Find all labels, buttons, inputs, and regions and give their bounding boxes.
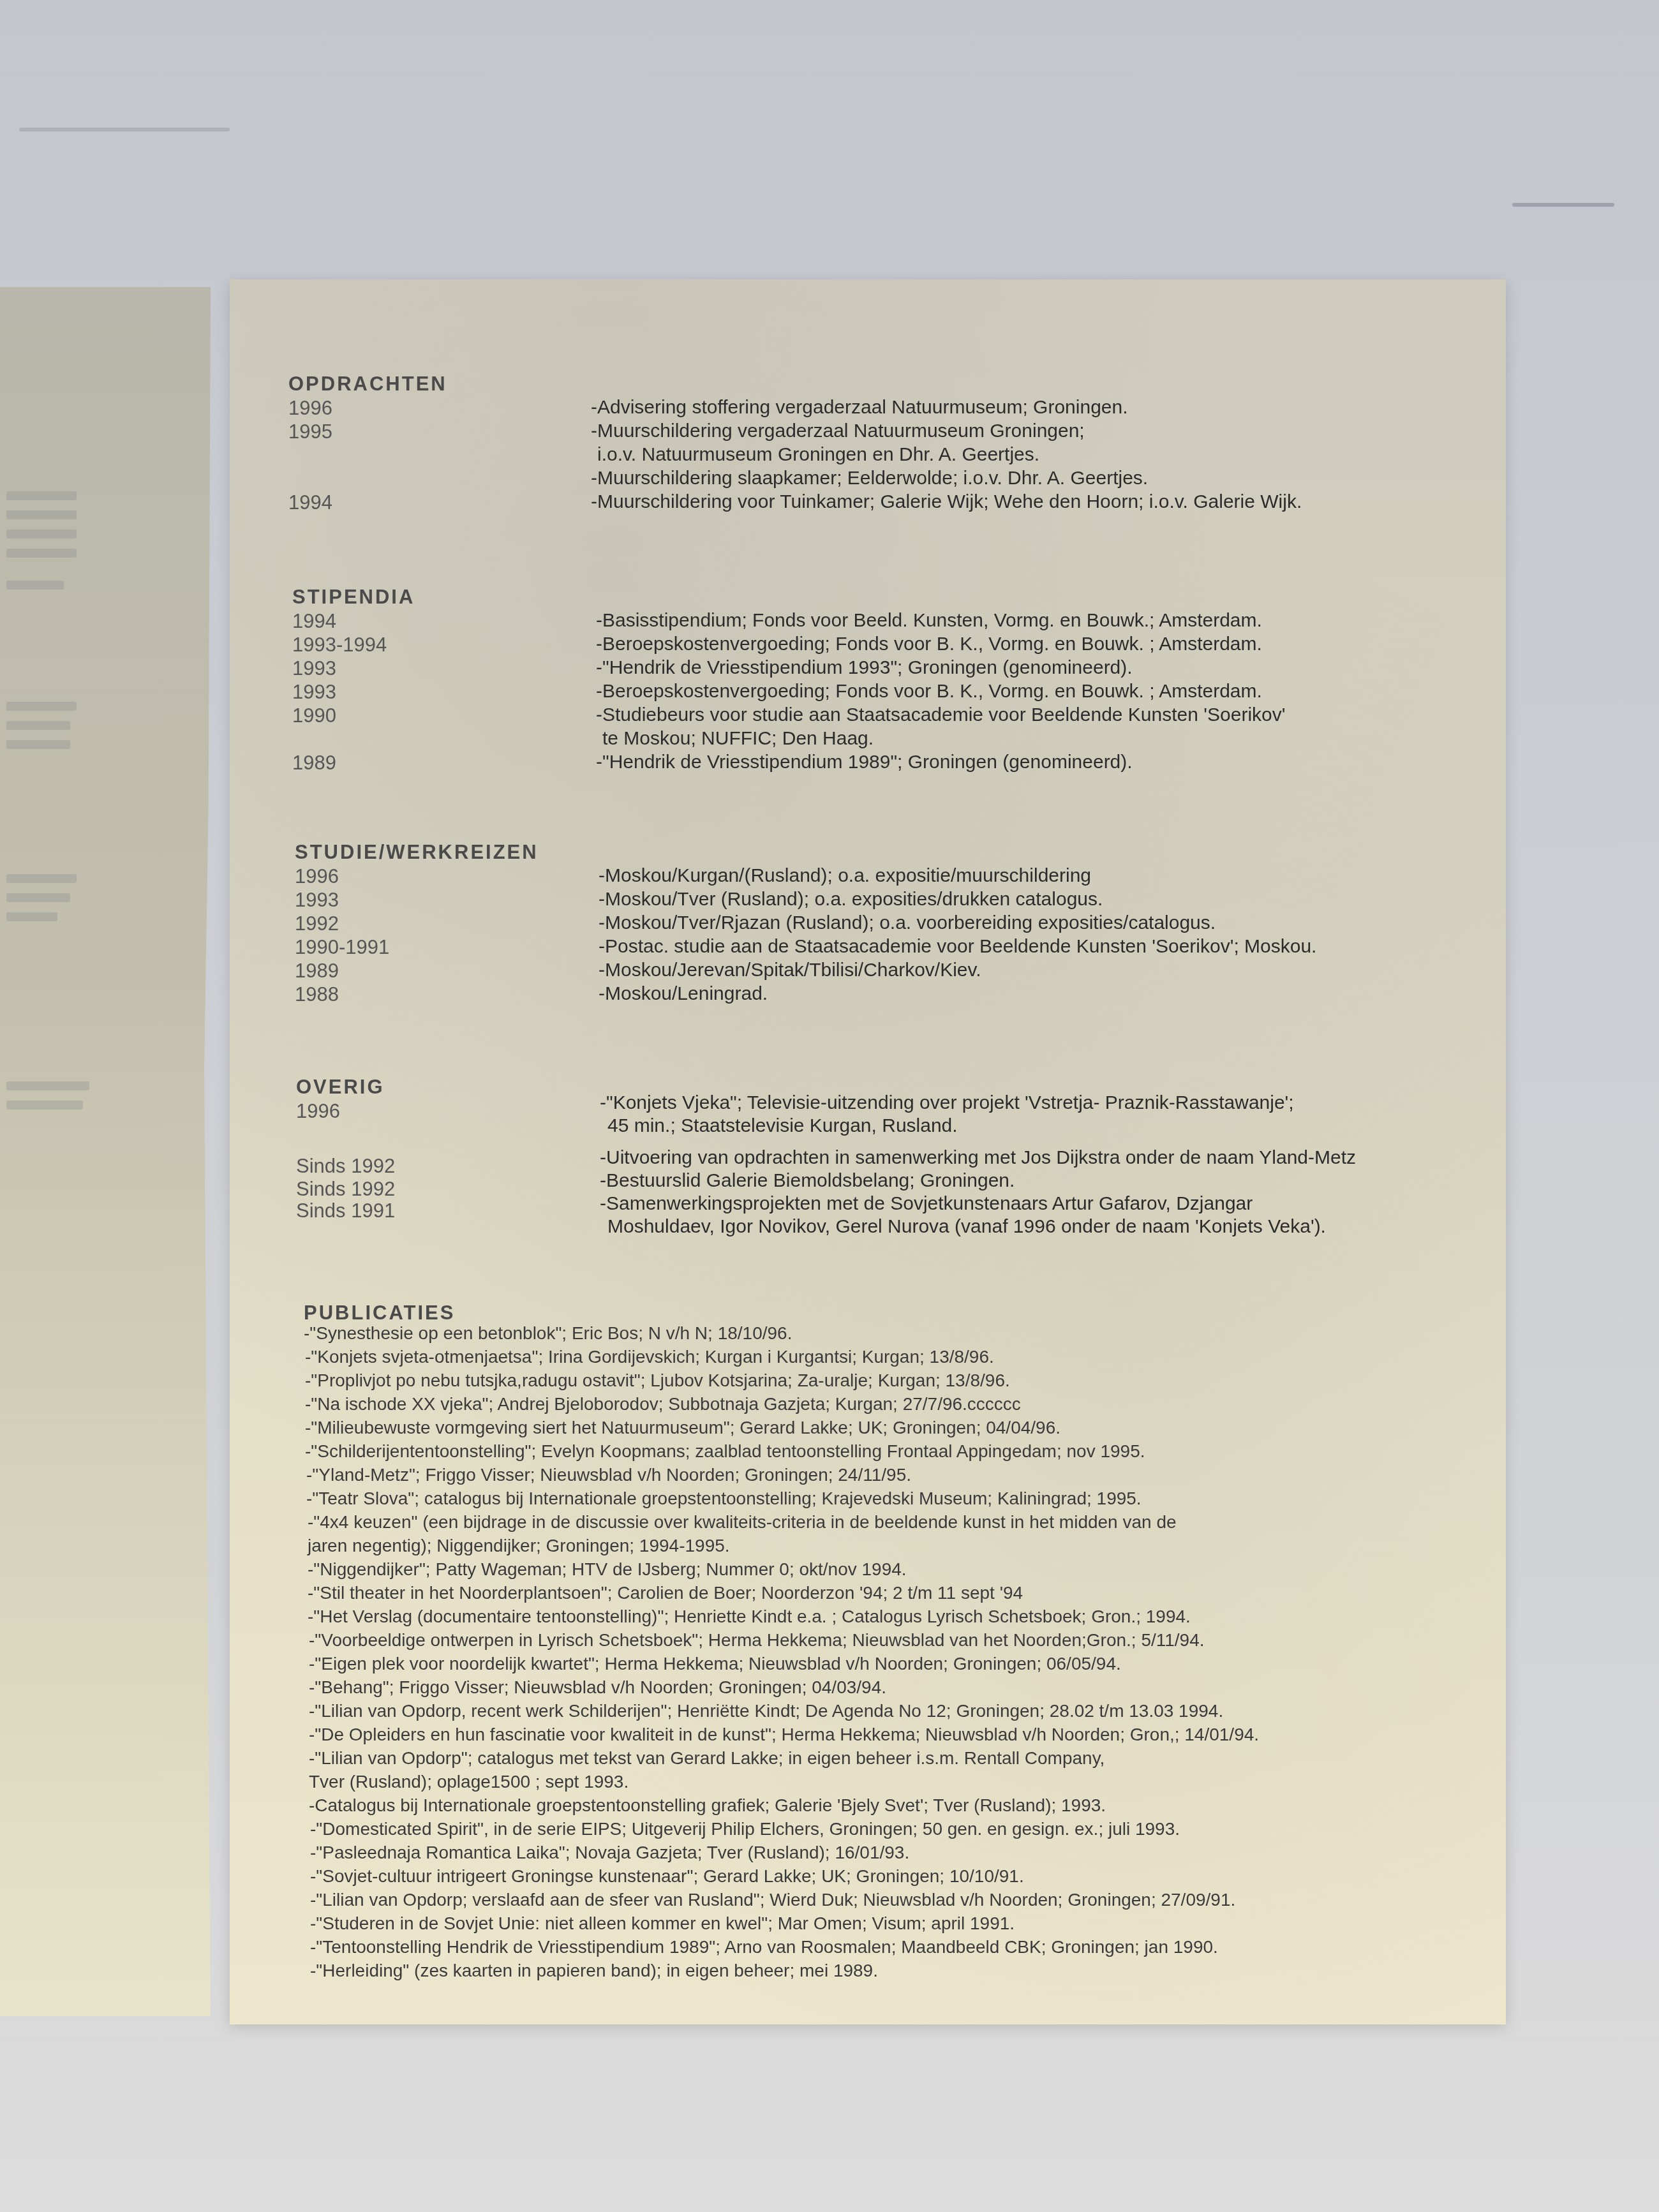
entry-row: 1995 -Muurschildering vergaderzaal Natuu… [230, 420, 1506, 443]
publication-item: -"Lilian van Opdorp"; catalogus met teks… [309, 1748, 1105, 1769]
entry-row: 45 min.; Staatstelevisie Kurgan, Rusland… [230, 1115, 1506, 1138]
entry-text: -Studiebeurs voor studie aan Staatsacade… [596, 704, 1285, 726]
publication-item: -"Het Verslag (documentaire tentoonstell… [308, 1607, 1191, 1627]
entry-text: -Moskou/Leningrad. [599, 983, 768, 1005]
publication-item: -"Herleiding" (zes kaarten in papieren b… [310, 1961, 878, 1981]
entry-year: 1993-1994 [292, 634, 387, 657]
entry-row: 1993 -Beroepskostenvergoeding; Fonds voo… [230, 681, 1506, 704]
entry-year: 1989 [295, 960, 339, 983]
publication-item: -"Synesthesie op een betonblok"; Eric Bo… [304, 1323, 792, 1344]
entry-text: -Moskou/Tver (Rusland); o.a. exposities/… [599, 889, 1103, 910]
entry-row: Sinds 1991 -Samenwerkingsprojekten met d… [230, 1193, 1506, 1216]
publication-item: Tver (Rusland); oplage1500 ; sept 1993. [309, 1772, 629, 1792]
faded-text-line [6, 893, 70, 902]
entry-text: te Moskou; NUFFIC; Den Haag. [602, 728, 874, 750]
faded-text-line [6, 1101, 83, 1110]
entry-year: 1990 [292, 704, 336, 727]
entry-row: 1989 -Moskou/Jerevan/Spitak/Tbilisi/Char… [230, 960, 1506, 983]
entry-text: -Beroepskostenvergoeding; Fonds voor B. … [596, 681, 1262, 702]
entry-text: -"Hendrik de Vriesstipendium 1989"; Gron… [596, 752, 1133, 773]
publication-item: -"Teatr Slova"; catalogus bij Internatio… [306, 1488, 1142, 1509]
entry-text: -Samenwerkingsprojekten met de Sovjetkun… [600, 1193, 1253, 1215]
entry-year: 1990-1991 [295, 936, 389, 959]
faded-text-line [6, 874, 77, 883]
section-title: STUDIE/WERKREIZEN [295, 841, 539, 864]
entry-row: i.o.v. Natuurmuseum Groningen en Dhr. A.… [230, 444, 1506, 467]
entry-row: 1996 -Advisering stoffering vergaderzaal… [230, 397, 1506, 420]
entry-text: -Muurschildering voor Tuinkamer; Galerie… [591, 491, 1302, 513]
entry-text: -Advisering stoffering vergaderzaal Natu… [591, 397, 1128, 419]
publication-item: -"Milieubewuste vormgeving siert het Nat… [305, 1418, 1060, 1438]
entry-text: i.o.v. Natuurmuseum Groningen en Dhr. A.… [597, 444, 1039, 466]
entry-text: -Moskou/Kurgan/(Rusland); o.a. expositie… [599, 865, 1091, 887]
entry-text: -Muurschildering vergaderzaal Natuurmuse… [591, 420, 1085, 442]
entry-text: Moshuldaev, Igor Novikov, Gerel Nurova (… [607, 1216, 1326, 1238]
faded-text-line [6, 530, 77, 538]
section-title: STIPENDIA [292, 586, 415, 609]
faded-text-line [6, 912, 57, 921]
publication-item: jaren negentig); Niggendijker; Groningen… [308, 1536, 730, 1556]
entry-text: -Muurschildering slaapkamer; Eelderwolde… [591, 468, 1148, 489]
entry-row: 1993 -"Hendrik de Vriesstipendium 1993";… [230, 657, 1506, 680]
entry-row: te Moskou; NUFFIC; Den Haag. [230, 728, 1506, 751]
publication-item: -"Studeren in de Sovjet Unie: niet allee… [310, 1913, 1015, 1934]
entry-year: 1993 [292, 681, 336, 704]
entry-text: -"Konjets Vjeka"; Televisie-uitzending o… [600, 1092, 1294, 1114]
entry-row: 1994 -Muurschildering voor Tuinkamer; Ga… [230, 491, 1506, 514]
publication-item: -"Tentoonstelling Hendrik de Vriesstipen… [310, 1937, 1218, 1957]
entry-text: 45 min.; Staatstelevisie Kurgan, Rusland… [607, 1115, 958, 1137]
section-title: PUBLICATIES [304, 1302, 455, 1325]
entry-year: 1995 [288, 420, 332, 443]
entry-row: Sinds 1992 -Uitvoering van opdrachten in… [230, 1147, 1506, 1170]
wall-scratch [1512, 203, 1614, 207]
faded-text-line [6, 740, 70, 749]
publication-item: -"Domesticated Spirit", in de serie EIPS… [310, 1819, 1180, 1839]
faded-text-line [6, 702, 77, 711]
publication-item: -"Niggendijker"; Patty Wageman; HTV de I… [308, 1559, 907, 1580]
entry-row: 1989 -"Hendrik de Vriesstipendium 1989";… [230, 752, 1506, 775]
faded-text-line [6, 491, 77, 500]
entry-year: 1993 [295, 889, 339, 912]
publication-item: -"Voorbeeldige ontwerpen in Lyrisch Sche… [309, 1630, 1205, 1651]
publication-item: -"Na ischode XX vjeka"; Andrej Bjeloboro… [305, 1394, 1021, 1414]
entry-text: -Postac. studie aan de Staatsacademie vo… [599, 936, 1316, 958]
entry-year: 1994 [288, 491, 332, 514]
entry-text: -Uitvoering van opdrachten in samenwerki… [600, 1147, 1356, 1169]
publication-item: -"De Opleiders en hun fascinatie voor kw… [309, 1725, 1259, 1745]
cv-document: OPDRACHTEN 1996 -Advisering stoffering v… [230, 279, 1506, 2024]
wall-scratch [19, 128, 230, 131]
entry-row: 1994 -Basisstipendium; Fonds voor Beeld.… [230, 610, 1506, 633]
publication-item: -"4x4 keuzen" (een bijdrage in de discus… [308, 1512, 1177, 1533]
publication-item: -"Konjets svjeta-otmenjaetsa"; Irina Gor… [305, 1347, 994, 1367]
publication-item: -"Yland-Metz"; Friggo Visser; Nieuwsblad… [306, 1465, 911, 1485]
entry-year: 1993 [292, 657, 336, 680]
publication-item: -"Sovjet-cultuur intrigeert Groningse ku… [310, 1866, 1024, 1887]
entry-row: 1993 -Moskou/Tver (Rusland); o.a. exposi… [230, 889, 1506, 912]
entry-year: 1996 [295, 865, 339, 888]
entry-row: 1996 -Moskou/Kurgan/(Rusland); o.a. expo… [230, 865, 1506, 888]
entry-year: 1988 [295, 983, 339, 1006]
entry-year: 1989 [292, 752, 336, 775]
entry-text: -Bestuurslid Galerie Biemoldsbelang; Gro… [600, 1170, 1015, 1192]
publication-item: -"Eigen plek voor noordelijk kwartet"; H… [309, 1654, 1121, 1674]
entry-text: -Beroepskostenvergoeding; Fonds voor B. … [596, 634, 1262, 655]
faded-text-line [6, 721, 70, 730]
entry-row: Sinds 1992 -Bestuurslid Galerie Biemolds… [230, 1170, 1506, 1193]
faded-text-line [6, 581, 64, 590]
entry-text: -Moskou/Tver/Rjazan (Rusland); o.a. voor… [599, 912, 1216, 934]
faded-text-line [6, 510, 77, 519]
entry-row: -Muurschildering slaapkamer; Eelderwolde… [230, 468, 1506, 491]
adjacent-page [0, 287, 211, 2016]
entry-year: 1992 [295, 912, 339, 935]
publication-item: -"Stil theater in het Noorderplantsoen";… [308, 1583, 1023, 1603]
entry-row: 1988 -Moskou/Leningrad. [230, 983, 1506, 1006]
section-title: OPDRACHTEN [288, 373, 447, 396]
publication-item: -"Lilian van Opdorp; verslaafd aan de sf… [310, 1890, 1235, 1910]
entry-text: -Moskou/Jerevan/Spitak/Tbilisi/Charkov/K… [599, 960, 981, 981]
publication-item: -"Behang"; Friggo Visser; Nieuwsblad v/h… [309, 1677, 886, 1698]
publication-item: -"Schilderijententoonstelling"; Evelyn K… [305, 1441, 1145, 1462]
entry-year: 1994 [292, 610, 336, 633]
entry-text: -Basisstipendium; Fonds voor Beeld. Kuns… [596, 610, 1262, 632]
entry-text: -"Hendrik de Vriesstipendium 1993"; Gron… [596, 657, 1133, 679]
entry-row: 1993-1994 -Beroepskostenvergoeding; Fond… [230, 634, 1506, 657]
section-title: OVERIG [296, 1076, 385, 1099]
faded-text-line [6, 1081, 89, 1090]
entry-row: 1990-1991 -Postac. studie aan de Staatsa… [230, 936, 1506, 959]
publication-item: -"Lilian van Opdorp, recent werk Schilde… [309, 1701, 1223, 1721]
publication-item: -"Proplivjot po nebu tutsjka,radugu osta… [305, 1370, 1010, 1391]
faded-text-line [6, 549, 77, 558]
entry-year: 1996 [288, 397, 332, 420]
entry-row: 1992 -Moskou/Tver/Rjazan (Rusland); o.a.… [230, 912, 1506, 935]
entry-row: Moshuldaev, Igor Novikov, Gerel Nurova (… [230, 1216, 1506, 1239]
entry-row: 1990 -Studiebeurs voor studie aan Staats… [230, 704, 1506, 727]
publication-item: -Catalogus bij Internationale groepstent… [309, 1795, 1106, 1816]
publication-item: -"Pasleednaja Romantica Laika"; Novaja G… [310, 1843, 909, 1863]
